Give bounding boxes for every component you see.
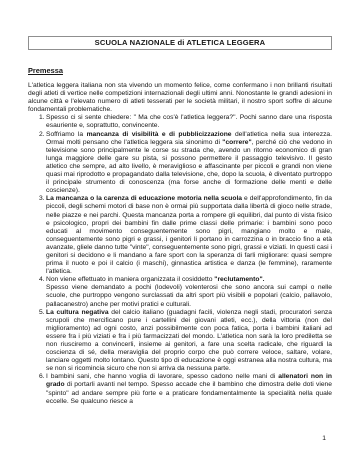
page-number: 1 <box>322 435 326 443</box>
list-item: 4.Non viene effettuato in maniera organi… <box>28 276 332 308</box>
document-page: SCUOLA NAZIONALE di ATLETICA LEGGERA Pre… <box>0 0 360 466</box>
list-item: 5.La cultura negativa del calcio italian… <box>28 309 332 374</box>
list-item: 3.La mancanza o la carenza di educazione… <box>28 195 332 276</box>
list-item-text: Soffriamo la mancanza di visibilità e di… <box>46 131 332 196</box>
list-item-number: 3. <box>39 195 46 276</box>
list-item-text: La mancanza o la carenza di educazione m… <box>46 195 332 276</box>
list-item-text: Spesso ci si sente chiedere: " Ma che co… <box>46 114 332 130</box>
list-item-number: 4. <box>39 276 46 308</box>
list-item-number: 5. <box>39 309 46 374</box>
list-item-number: 6. <box>39 373 46 405</box>
list-item-text: La cultura negativa del calcio italiano … <box>46 309 332 374</box>
list-item-number: 1. <box>39 114 46 130</box>
list-item-text: I bambini sani, che hanno voglia di lavo… <box>46 373 332 405</box>
problem-list: 1.Spesso ci si sente chiedere: " Ma che … <box>28 114 332 405</box>
section-heading-premessa: Premessa <box>28 66 332 75</box>
document-title: SCUOLA NAZIONALE di ATLETICA LEGGERA <box>28 36 332 50</box>
list-item: 6.I bambini sani, che hanno voglia di la… <box>28 373 332 405</box>
list-item: 2.Soffriamo la mancanza di visibilità e … <box>28 131 332 196</box>
intro-paragraph: L'atletica leggera italiana non sta vive… <box>28 82 332 114</box>
list-item-text: Non viene effettuato in maniera organizz… <box>46 276 332 308</box>
list-item: 1.Spesso ci si sente chiedere: " Ma che … <box>28 114 332 130</box>
list-item-number: 2. <box>39 131 46 196</box>
